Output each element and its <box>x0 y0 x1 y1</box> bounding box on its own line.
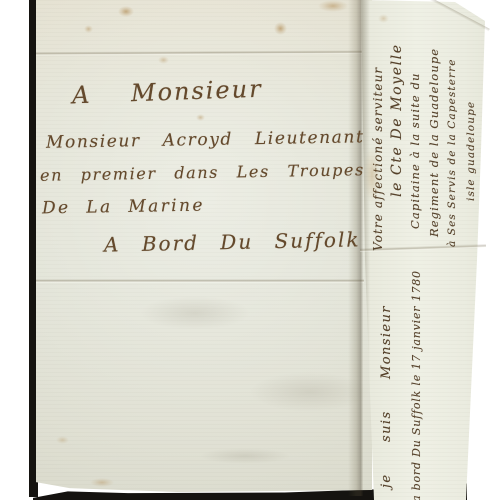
stain-spot <box>90 478 114 487</box>
closing-line-regiment: Regiment de la Guadeloupe <box>425 3 444 237</box>
stain-spot <box>118 6 134 17</box>
fold-crease-middle <box>36 279 364 283</box>
dateline-place-date: a bord Du Suffolk le 17 janvier 1780 <box>402 262 432 500</box>
flap-dateline-block: je suis Monsieur a bord Du Suffolk le 17… <box>372 262 436 500</box>
stain-spot <box>56 436 69 444</box>
stain-spot <box>84 25 93 33</box>
flap-closing-block: Votre affectioné serviteur le Cte De Moy… <box>369 3 481 253</box>
ink-showthrough-smudge <box>250 372 370 412</box>
stain-spot <box>196 114 205 121</box>
ink-showthrough-smudge <box>140 296 250 330</box>
stain-spot <box>274 22 287 35</box>
stain-spot <box>364 146 380 204</box>
stain-spot <box>318 0 348 12</box>
ink-showthrough-smudge <box>200 448 290 464</box>
address-line-corps: De La Marine <box>42 196 205 219</box>
stain-spot <box>158 56 169 64</box>
closing-line-valediction: Votre affectioné serviteur <box>369 3 388 251</box>
closing-line-island: isle guadeloupe <box>462 3 481 201</box>
dateline-salutation: je suis Monsieur <box>372 262 402 488</box>
closing-line-title: Capitaine à la suite du <box>406 3 425 229</box>
stain-spot <box>378 14 389 23</box>
manuscript-letter-scan: A Monsieur Monsieur Acroyd Lieutenant en… <box>0 0 500 500</box>
closing-line-service: à Ses Servis de la Capesterre <box>443 3 462 247</box>
closing-line-signature: le Cte De Moyelle <box>388 3 407 197</box>
